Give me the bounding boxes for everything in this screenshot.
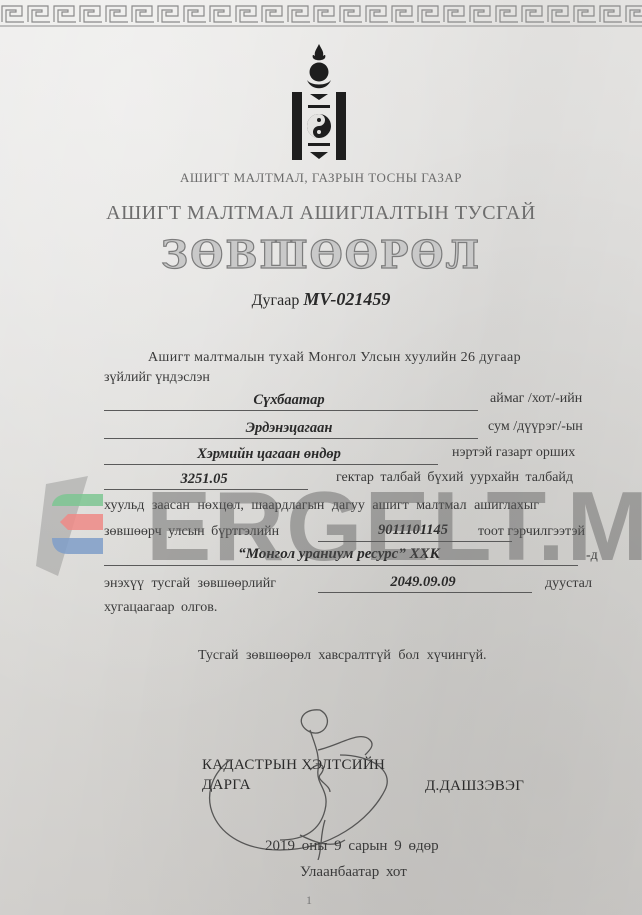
expiry-date: 2049.09.09 bbox=[318, 574, 528, 591]
intro-line-1: Ашигт малтмалын тухай Монгол Улсын хуули… bbox=[148, 350, 521, 366]
page-mark: 1 bbox=[306, 893, 312, 908]
signatory-title-line-2: ДАРГА bbox=[202, 777, 251, 794]
registry-underline bbox=[318, 541, 512, 542]
issue-city: Улаанбаатар хот bbox=[300, 864, 407, 881]
place-underline bbox=[104, 464, 438, 465]
intro-line-2: зүйлийг үндэслэн bbox=[104, 370, 210, 386]
place-value: Хэрмийн цагаан өндөр bbox=[104, 446, 434, 463]
place-suffix: нэртэй газарт орших bbox=[452, 445, 575, 461]
issuing-agency: АШИГТ МАЛТМАЛ, ГАЗРЫН ТОСНЫ ГАЗАР bbox=[0, 170, 642, 186]
term-text: хугацаагаар олгов. bbox=[104, 600, 217, 616]
sum-suffix: сум /дүүрэг/-ын bbox=[488, 419, 583, 435]
company-name: “Монгол ураниум ресурс” ХХК bbox=[104, 546, 574, 563]
company-underline bbox=[104, 565, 578, 566]
document-number: Дугаар MV-021459 bbox=[0, 289, 642, 310]
sum-value: Эрдэнэцагаан bbox=[104, 420, 474, 437]
document-title: ЗӨВШӨӨРӨЛ bbox=[0, 232, 642, 277]
aimag-suffix: аймаг /хот/-ийн bbox=[490, 391, 582, 407]
soyombo-emblem-icon bbox=[289, 42, 349, 164]
sum-underline bbox=[104, 438, 478, 439]
number-value: MV-021459 bbox=[303, 289, 390, 309]
registry-prefix: зөвшөөрч улсын бүртгэлийн bbox=[104, 524, 279, 540]
registry-suffix: тоот гэрчилгээтэй bbox=[478, 524, 585, 540]
area-value: 3251.05 bbox=[104, 471, 304, 488]
issue-date: 2019 оны 9 сарын 9 өдөр bbox=[265, 838, 439, 855]
expiry-suffix: дуустал bbox=[545, 576, 592, 592]
expiry-prefix: энэхүү тусгай зөвшөөрлийг bbox=[104, 576, 276, 592]
validity-note: Тусгай зөвшөөрөл хавсралтгүй бол хүчингү… bbox=[198, 648, 487, 664]
aimag-underline bbox=[104, 410, 478, 411]
number-label: Дугаар bbox=[252, 292, 300, 309]
company-suffix: -д bbox=[586, 548, 598, 564]
document-subtitle: АШИГТ МАЛТМАЛ АШИГЛАЛТЫН ТУСГАЙ bbox=[0, 202, 642, 225]
aimag-value: Сүхбаатар bbox=[104, 392, 474, 409]
signatory-title-line-1: КАДАСТРЫН ХЭЛТСИЙН bbox=[202, 757, 385, 774]
ornamental-border bbox=[0, 2, 642, 28]
expiry-underline bbox=[318, 592, 532, 593]
area-underline bbox=[104, 489, 308, 490]
area-suffix: гектар талбай бүхий уурхайн талбайд bbox=[336, 470, 573, 486]
conditions-text: хуульд заасан нөхцөл, шаардлагын дагуу а… bbox=[104, 498, 539, 514]
signatory-name: Д.ДАШЗЭВЭГ bbox=[425, 778, 524, 795]
